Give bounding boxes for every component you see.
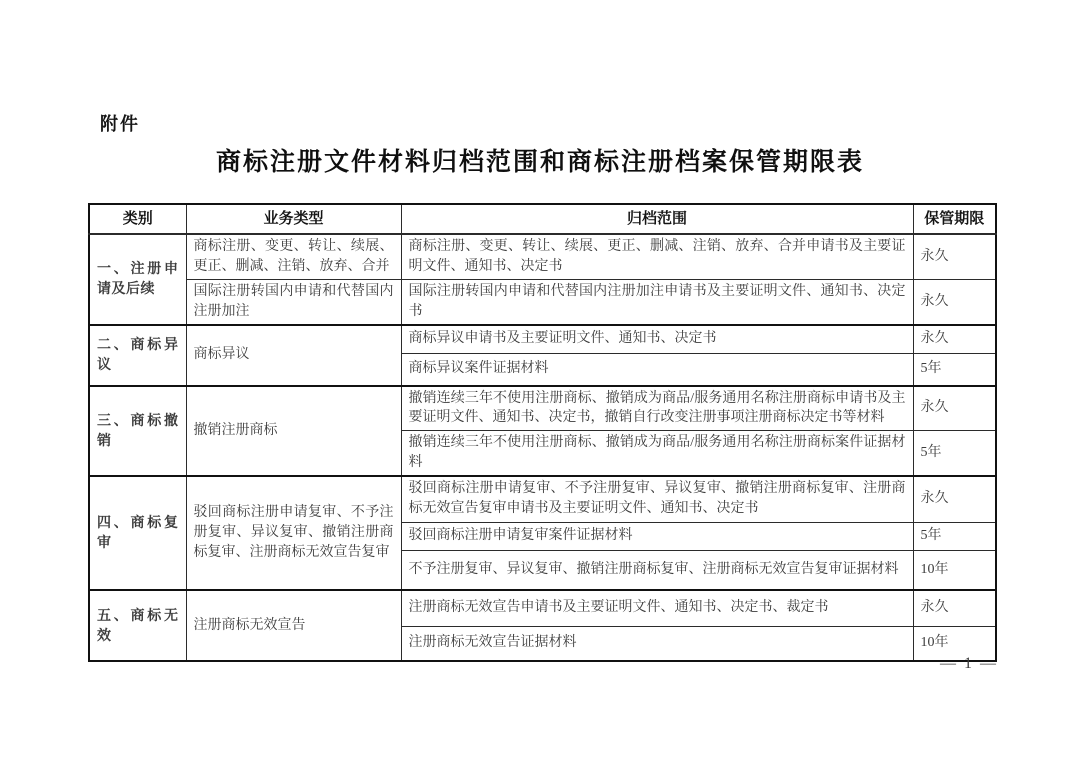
retention-cell: 5年 — [913, 354, 996, 386]
filing-scope-cell: 商标异议申请书及主要证明文件、通知书、决定书 — [401, 325, 913, 354]
filing-scope-cell: 撤销连续三年不使用注册商标、撤销成为商品/服务通用名称注册商标申请书及主要证明文… — [401, 386, 913, 431]
retention-cell: 永久 — [913, 325, 996, 354]
filing-scope-cell: 驳回商标注册申请复审案件证据材料 — [401, 522, 913, 550]
table-row: 一、注册申请及后续 商标注册、变更、转让、续展、更正、删减、注销、放弃、合并 商… — [89, 234, 996, 279]
category-cell: 二、商标异议 — [89, 325, 186, 386]
business-type-cell: 注册商标无效宣告 — [186, 590, 401, 661]
retention-cell: 永久 — [913, 279, 996, 324]
business-type-cell: 撤销注册商标 — [186, 386, 401, 477]
table-row: 五、商标无效 注册商标无效宣告 注册商标无效宣告申请书及主要证明文件、通知书、决… — [89, 590, 996, 626]
business-type-cell: 商标异议 — [186, 325, 401, 386]
table-row: 二、商标异议 商标异议 商标异议申请书及主要证明文件、通知书、决定书 永久 — [89, 325, 996, 354]
document-page: 附件 商标注册文件材料归档范围和商标注册档案保管期限表 类别 业务类型 归档范围… — [0, 0, 1080, 764]
filing-scope-cell: 撤销连续三年不使用注册商标、撤销成为商品/服务通用名称注册商标案件证据材料 — [401, 431, 913, 476]
business-type-cell: 商标注册、变更、转让、续展、更正、删减、注销、放弃、合并 — [186, 234, 401, 279]
retention-cell: 10年 — [913, 550, 996, 590]
col-header-business-type: 业务类型 — [186, 204, 401, 234]
filing-scope-cell: 驳回商标注册申请复审、不予注册复审、异议复审、撤销注册商标复审、注册商标无效宣告… — [401, 476, 913, 522]
retention-cell: 5年 — [913, 522, 996, 550]
col-header-category: 类别 — [89, 204, 186, 234]
retention-table: 类别 业务类型 归档范围 保管期限 一、注册申请及后续 商标注册、变更、转让、续… — [88, 203, 997, 662]
category-cell: 四、商标复审 — [89, 476, 186, 590]
retention-cell: 永久 — [913, 386, 996, 431]
filing-scope-cell: 商标注册、变更、转让、续展、更正、删减、注销、放弃、合并申请书及主要证明文件、通… — [401, 234, 913, 279]
table-header-row: 类别 业务类型 归档范围 保管期限 — [89, 204, 996, 234]
col-header-retention: 保管期限 — [913, 204, 996, 234]
table-row: 四、商标复审 驳回商标注册申请复审、不予注册复审、异议复审、撤销注册商标复审、注… — [89, 476, 996, 522]
business-type-cell: 国际注册转国内申请和代替国内注册加注 — [186, 279, 401, 324]
col-header-filing-scope: 归档范围 — [401, 204, 913, 234]
filing-scope-cell: 注册商标无效宣告申请书及主要证明文件、通知书、决定书、裁定书 — [401, 590, 913, 626]
table-row: 国际注册转国内申请和代替国内注册加注 国际注册转国内申请和代替国内注册加注申请书… — [89, 279, 996, 324]
retention-cell: 永久 — [913, 476, 996, 522]
business-type-cell: 驳回商标注册申请复审、不予注册复审、异议复审、撤销注册商标复审、注册商标无效宣告… — [186, 476, 401, 590]
category-cell: 一、注册申请及后续 — [89, 234, 186, 325]
category-cell: 三、商标撤销 — [89, 386, 186, 477]
filing-scope-cell: 不予注册复审、异议复审、撤销注册商标复审、注册商标无效宣告复审证据材料 — [401, 550, 913, 590]
filing-scope-cell: 注册商标无效宣告证据材料 — [401, 626, 913, 661]
table-row: 三、商标撤销 撤销注册商标 撤销连续三年不使用注册商标、撤销成为商品/服务通用名… — [89, 386, 996, 431]
page-title: 商标注册文件材料归档范围和商标注册档案保管期限表 — [0, 142, 1080, 178]
attachment-label: 附件 — [100, 110, 140, 136]
category-cell: 五、商标无效 — [89, 590, 186, 661]
filing-scope-cell: 商标异议案件证据材料 — [401, 354, 913, 386]
retention-cell: 永久 — [913, 590, 996, 626]
page-number: — 1 — — [940, 655, 998, 673]
retention-cell: 永久 — [913, 234, 996, 279]
retention-cell: 5年 — [913, 431, 996, 476]
filing-scope-cell: 国际注册转国内申请和代替国内注册加注申请书及主要证明文件、通知书、决定书 — [401, 279, 913, 324]
